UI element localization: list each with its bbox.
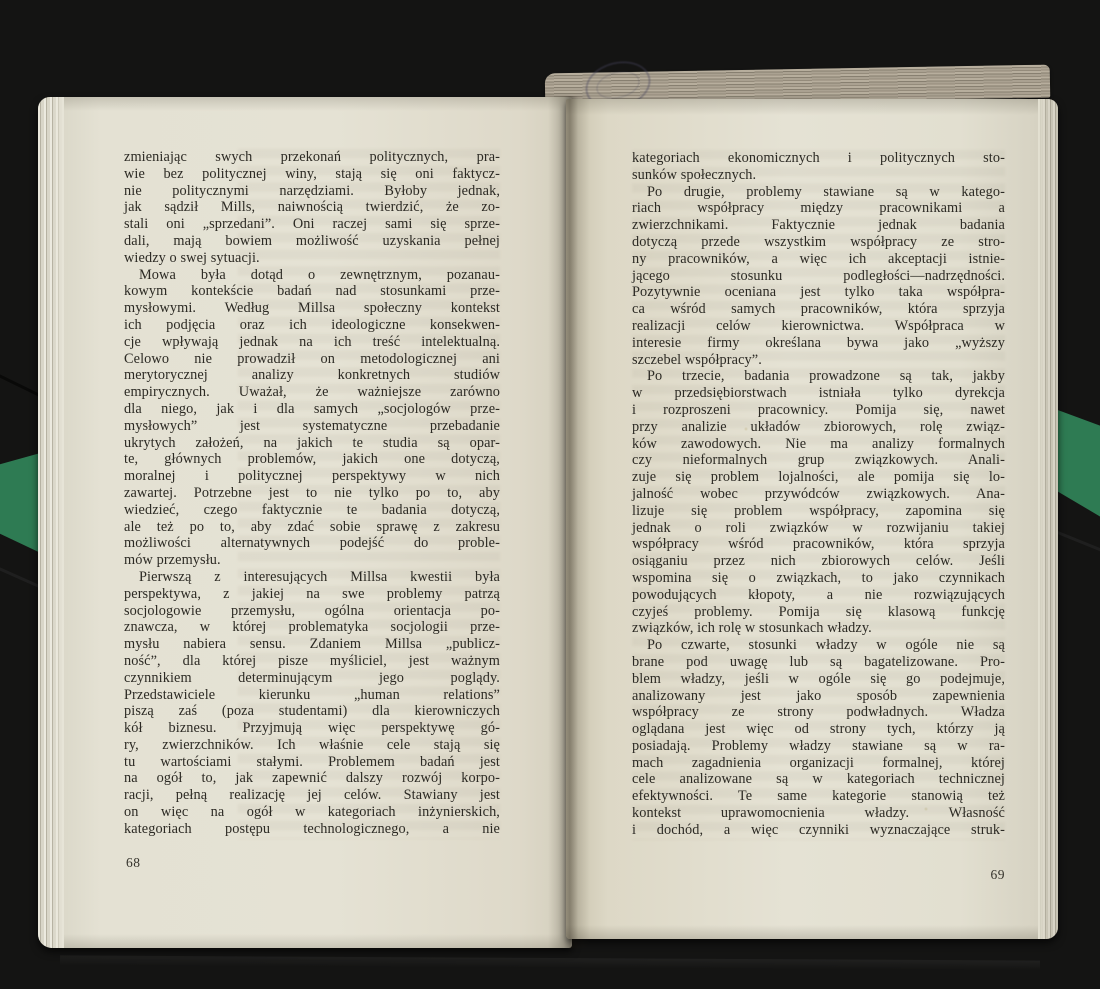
text-line: Pozytywnie oceniana jest tylko taka wspó… <box>632 284 1005 301</box>
text-line: posiadają. Problemy władzy stawiane są w… <box>632 738 1005 755</box>
text-line: czyjeś problemy. Pomija się klasową funk… <box>632 604 1005 621</box>
book-spread-scan: zmieniając swych przekonań politycznych,… <box>0 0 1100 989</box>
text-line: dali, mają bowiem możliwość uzyskania pe… <box>124 233 500 250</box>
text-line: możliwości alternatywnych podejść do pro… <box>124 535 500 552</box>
text-line: sunków społecznych. <box>632 167 1005 184</box>
page-number: 68 <box>126 855 141 871</box>
text-line: blem władzy, jeśli w ogóle się go podejm… <box>632 671 1005 688</box>
text-line: jednak o roli związków w rozwijaniu taki… <box>632 520 1005 537</box>
text-line: oglądana jest więc od strony tych, którz… <box>632 721 1005 738</box>
text-line: mysłu nabiera sensu. Zdaniem Millsa „pub… <box>124 636 500 653</box>
text-line: Przedstawiciele kierunku „human relation… <box>124 687 500 704</box>
text-line: wspomina się o związkach, to jako czynni… <box>632 570 1005 587</box>
text-line: ukrytych założeń, na jakich te studia są… <box>124 435 500 452</box>
text-line: wiedzieć, czego faktycznie te badania do… <box>124 502 500 519</box>
text-line: współpracy wśród pracowników, która sprz… <box>632 536 1005 553</box>
text-line: Mowa była dotąd o zewnętrznym, pozanau- <box>124 267 500 284</box>
text-line: zmieniając swych przekonań politycznych,… <box>124 149 500 166</box>
text-line: riach współpracy między pracownikami a <box>632 200 1005 217</box>
text-line: ale też po to, aby zdać sobie sprawę z z… <box>124 519 500 536</box>
text-line: socjologowie przemysłu, ogólna orientacj… <box>124 603 500 620</box>
text-line: stali oni „sprzedani”. Oni raczej sami s… <box>124 216 500 233</box>
text-line: ny pracowników, a więc ich akceptacji is… <box>632 251 1005 268</box>
text-line: cele analizowane są w kategoriach techni… <box>632 771 1005 788</box>
text-line: brane pod uwagę lub są bagatelizowane. P… <box>632 654 1005 671</box>
text-line: zawartej. Potrzebne jest to nie tylko po… <box>124 485 500 502</box>
text-line: Po trzecie, badania prowadzone są tak, j… <box>632 368 1005 385</box>
page-left-text-column: zmieniając swych przekonań politycznych,… <box>124 149 500 838</box>
text-line: kontekst uprawomocnienia władzy. Własnoś… <box>632 805 1005 822</box>
text-line: on więc na ogół w kategoriach inżyniersk… <box>124 804 500 821</box>
text-line: współpracy ze strony podwładnych. Władza <box>632 704 1005 721</box>
text-line: nie politycznymi narzędziami. Byłoby jed… <box>124 183 500 200</box>
text-line: realizacji celów kierownictwa. Współprac… <box>632 318 1005 335</box>
text-line: mysłowymi. Według Millsa społeczny konte… <box>124 300 500 317</box>
text-line: racji, pełną realizację jej celów. Stawi… <box>124 787 500 804</box>
text-line: lizuje się problem współpracy, zapomina … <box>632 503 1005 520</box>
text-line: perspektywa, z jakiej na swe problemy pa… <box>124 586 500 603</box>
text-line: znawcza, w której problematyka socjologi… <box>124 619 500 636</box>
text-line: interesie firmy określana bywa jako „wyż… <box>632 335 1005 352</box>
text-line: jalność wobec przywódców związkowych. An… <box>632 486 1005 503</box>
page-right: kategoriach ekonomicznych i politycznych… <box>566 99 1058 939</box>
text-line: mów przemysłu. <box>124 552 500 569</box>
text-line: zwierzchnikami. Faktycznie jednak badani… <box>632 217 1005 234</box>
text-line: merytorycznej analizy konkretnych studió… <box>124 367 500 384</box>
text-line: wiedzy o swej sytuacji. <box>124 250 500 267</box>
page-edge-stack-right <box>1038 99 1058 939</box>
text-line: zuje się problem lojalności, ale pomija … <box>632 469 1005 486</box>
text-line: te, głównych problemów, jakich one dotyc… <box>124 451 500 468</box>
text-line: dotyczą przede wszystkim współpracy ze s… <box>632 234 1005 251</box>
text-line: Po czwarte, stosunki władzy w ogóle nie … <box>632 637 1005 654</box>
text-line: mysłowych” jest systematyczne przebadani… <box>124 418 500 435</box>
page-left: zmieniając swych przekonań politycznych,… <box>38 97 572 948</box>
text-line: powodujących kłopoty, a nie rozwiązujący… <box>632 587 1005 604</box>
text-line: Celowo nie prowadził on metodologicznej … <box>124 351 500 368</box>
text-line: Po drugie, problemy stawiane są w katego… <box>632 184 1005 201</box>
text-line: ry, zwierzchników. Ich właśnie cele staj… <box>124 737 500 754</box>
text-line: osiąganiu przez nich zbiorowych celów. J… <box>632 553 1005 570</box>
text-line: ków zawodowych. Nie ma analizy formalnyc… <box>632 436 1005 453</box>
text-line: i dochód, a więc czynniki wyznaczające s… <box>632 822 1005 839</box>
text-line: ich podjęcia oraz ich ideologiczne konse… <box>124 317 500 334</box>
text-line: kowym kontekście badań nad stosunkami pr… <box>124 283 500 300</box>
text-line: analizowany jest jako sposób zapewnienia <box>632 688 1005 705</box>
text-line: jącego stosunku podległości—nadrzędności… <box>632 268 1005 285</box>
cover-green-stripe-right <box>1052 402 1100 520</box>
cover-bottom-edge <box>60 955 1040 970</box>
text-line: tu wartościami stałymi. Problemem badań … <box>124 754 500 771</box>
text-line: Pierwszą z interesujących Millsa kwestii… <box>124 569 500 586</box>
page-number: 69 <box>632 867 1005 883</box>
text-line: na ogół to, jak zapewnić dalszy rozwój k… <box>124 770 500 787</box>
text-line: efektywności. Te same kategorie stanowią… <box>632 788 1005 805</box>
text-line: w przedsiębiorstwach istniała tylko dyre… <box>632 385 1005 402</box>
text-line: kategoriach ekonomicznych i politycznych… <box>632 150 1005 167</box>
text-line: związków, ich rolę w stosunkach władzy. <box>632 620 1005 637</box>
text-line: ność”, dla której pisze myśliciel, jest … <box>124 653 500 670</box>
text-line: kategoriach postępu technologicznego, a … <box>124 821 500 838</box>
text-line: wie bez politycznej winy, stają się oni … <box>124 166 500 183</box>
text-line: moralnej i politycznej perspektywy w nic… <box>124 468 500 485</box>
text-line: przy analizie układów zbiorowych, rolę z… <box>632 419 1005 436</box>
text-line: czynnikiem determinującym jego poglądy. <box>124 670 500 687</box>
text-line: ca wśród samych pracowników, która sprzy… <box>632 301 1005 318</box>
text-line: empirycznych. Uważał, że ważniejsze zaró… <box>124 384 500 401</box>
text-line: dla niego, jak i dla samych „socjologów … <box>124 401 500 418</box>
text-line: cje wpływają jednak na ich treść intelek… <box>124 334 500 351</box>
page-right-text-column: kategoriach ekonomicznych i politycznych… <box>632 150 1005 839</box>
text-line: czy nieformalnych grup związkowych. Anal… <box>632 452 1005 469</box>
page-edge-stack-left <box>38 97 64 948</box>
text-line: jak sądził Mills, naiwnością twierdzić, … <box>124 199 500 216</box>
text-line: kół biznesu. Przyjmują więc perspektywę … <box>124 720 500 737</box>
text-line: piszą zaś (poza studentami) dla kierowni… <box>124 703 500 720</box>
text-line: szczebel współpracy”. <box>632 352 1005 369</box>
text-line: mach zagadnienia organizacji formalnej, … <box>632 755 1005 772</box>
text-line: i rozproszeni pracownicy. Pomija się, na… <box>632 402 1005 419</box>
